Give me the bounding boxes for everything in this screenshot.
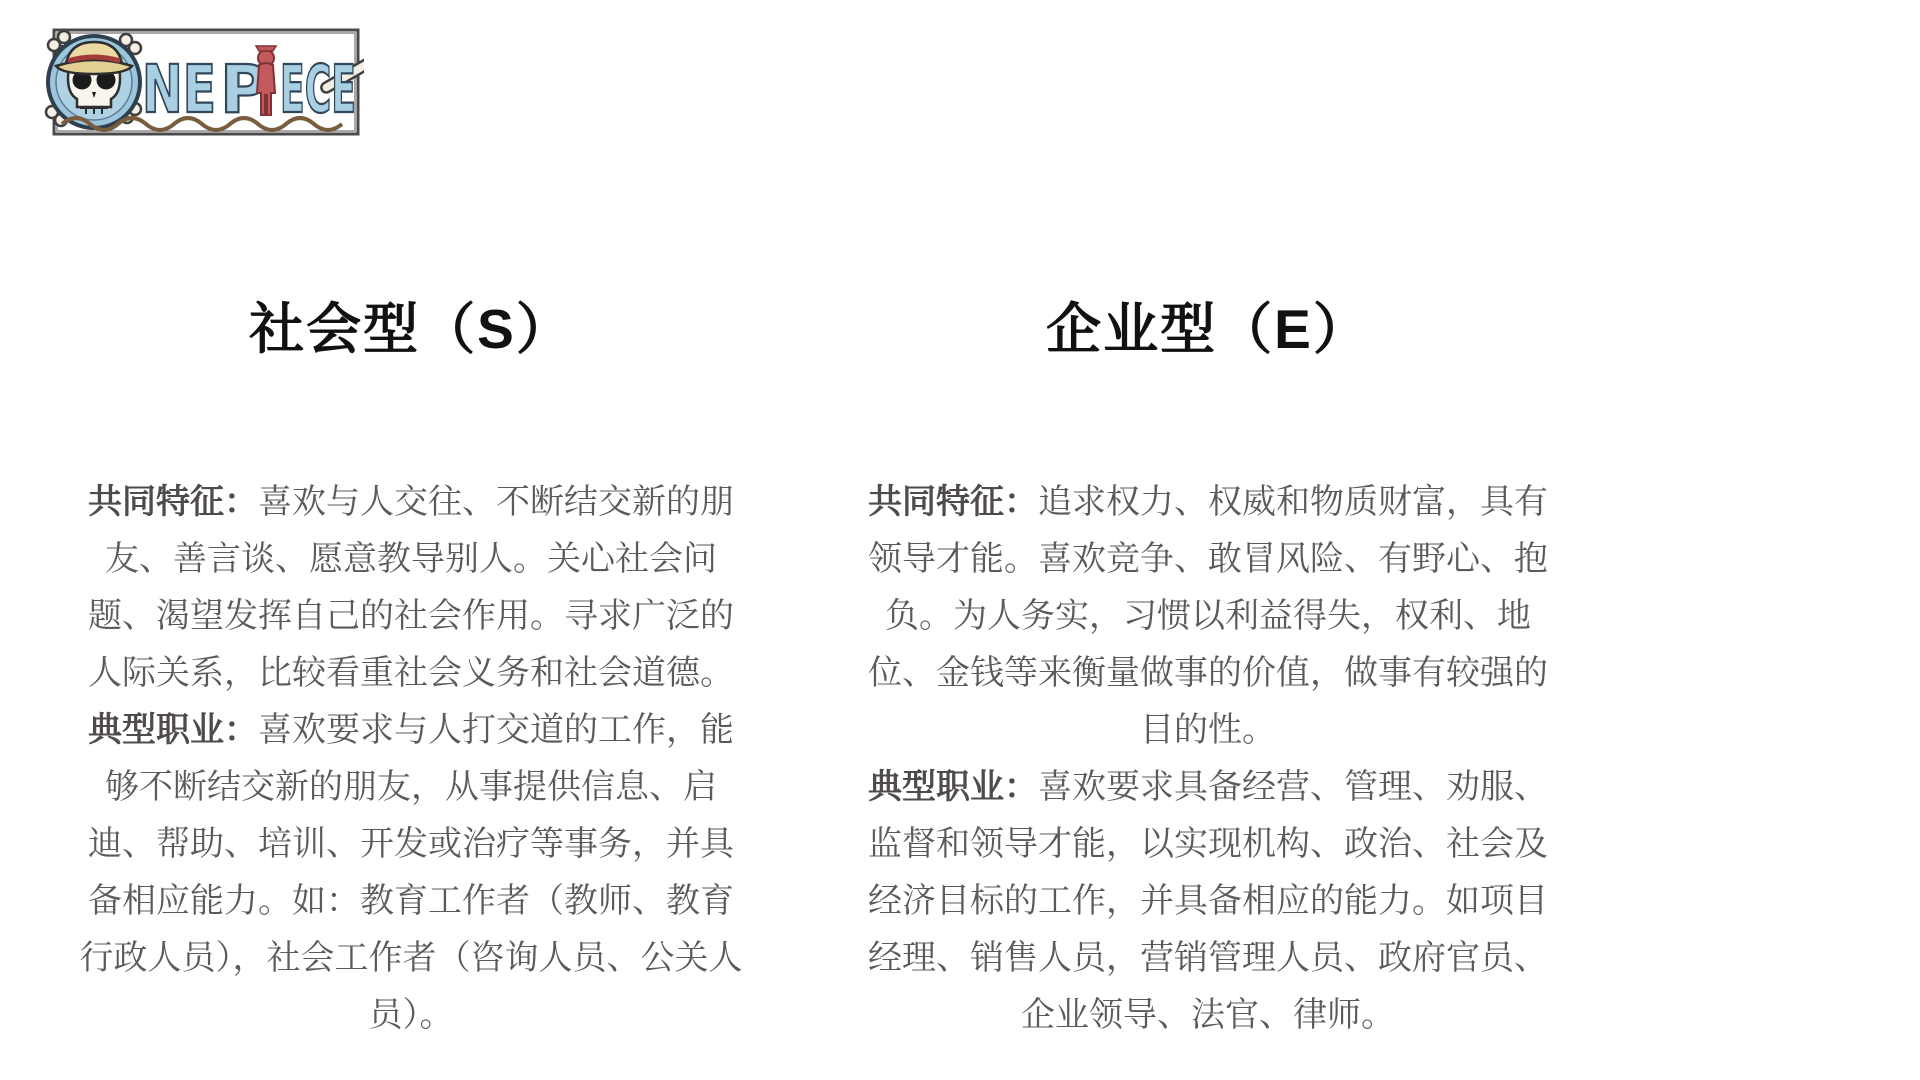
paragraph-text: 喜欢要求具备经营、管理、劝服、监督和领导才能，以实现机构、政治、社会及经济目标的… <box>868 768 1548 1034</box>
column-body-social: 共同特征：喜欢与人交往、不断结交新的朋友、善言谈、愿意教导别人。关心社会问题、渴… <box>75 474 747 1044</box>
paragraph-typical-jobs: 典型职业：喜欢要求具备经营、管理、劝服、监督和领导才能，以实现机构、政治、社会及… <box>868 759 1548 1044</box>
paragraph-common-traits: 共同特征：追求权力、权威和物质财富，具有领导才能。喜欢竞争、敢冒风险、有野心、抱… <box>868 474 1548 759</box>
paragraph-common-traits: 共同特征：喜欢与人交往、不断结交新的朋友、善言谈、愿意教导别人。关心社会问题、渴… <box>75 474 747 702</box>
column-body-enterprise: 共同特征：追求权力、权威和物质财富，具有领导才能。喜欢竞争、敢冒风险、有野心、抱… <box>868 474 1548 1044</box>
svg-text:NE: NE <box>142 51 216 128</box>
paragraph-typical-jobs: 典型职业：喜欢要求与人打交道的工作，能够不断结交新的朋友，从事提供信息、启迪、帮… <box>75 702 747 1044</box>
column-title-enterprise: 企业型（E） <box>868 296 1548 362</box>
one-piece-logo-art: NE P ECE <box>28 20 364 146</box>
paragraph-text: 喜欢要求与人打交道的工作，能够不断结交新的朋友，从事提供信息、启迪、帮助、培训、… <box>80 711 743 1034</box>
paragraph-label: 共同特征： <box>88 483 258 521</box>
paragraph-label: 典型职业： <box>88 711 258 749</box>
column-enterprise-type: 企业型（E） 共同特征：追求权力、权威和物质财富，具有领导才能。喜欢竞争、敢冒风… <box>868 296 1548 1044</box>
paragraph-label: 典型职业： <box>868 768 1038 806</box>
paragraph-text: 追求权力、权威和物质财富，具有领导才能。喜欢竞争、敢冒风险、有野心、抱负。为人务… <box>868 483 1548 749</box>
straw-hat-skull-emblem <box>48 36 140 128</box>
one-piece-logo: NE P ECE <box>28 20 364 146</box>
logo-letters: NE P ECE <box>142 51 356 128</box>
column-social-type: 社会型（S） 共同特征：喜欢与人交往、不断结交新的朋友、善言谈、愿意教导别人。关… <box>75 296 747 1044</box>
svg-text:ECE: ECE <box>280 51 356 128</box>
slide-page: { "logo": { "name": "ONE PIECE", "colors… <box>0 0 1920 1080</box>
paragraph-label: 共同特征： <box>868 483 1038 521</box>
column-title-social: 社会型（S） <box>75 296 747 362</box>
